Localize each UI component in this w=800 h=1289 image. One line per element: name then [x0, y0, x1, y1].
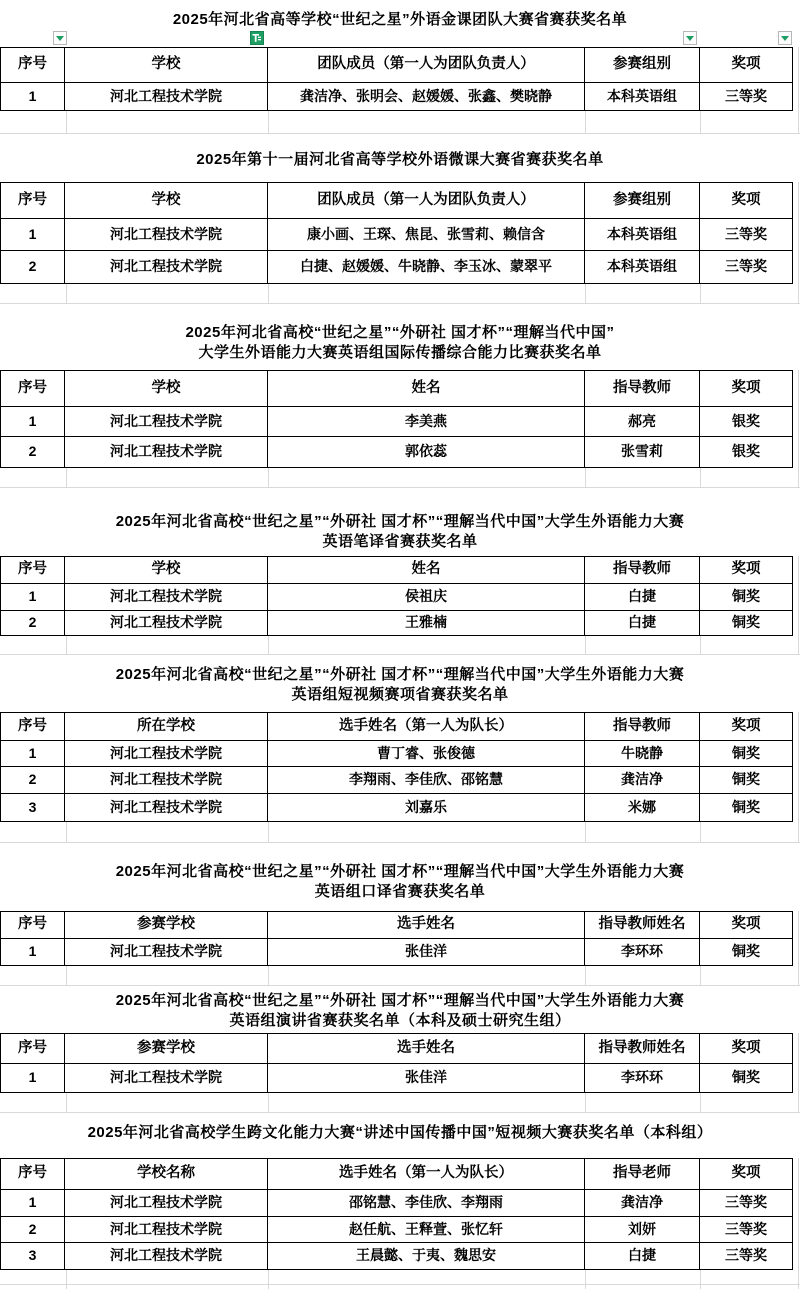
column-header[interactable]: 序号	[1, 912, 65, 939]
column-header[interactable]: 序号	[1, 1159, 65, 1190]
table-cell[interactable]: 铜奖	[700, 1064, 793, 1093]
table-cell[interactable]: 郝亮	[585, 407, 700, 437]
chevron-down-icon	[56, 36, 64, 41]
table-cell[interactable]: 王雅楠	[268, 611, 585, 636]
table-cell[interactable]: 白捷	[585, 584, 700, 611]
table-row: 2河北工程技术学院赵任航、王释萱、张忆轩刘妍三等奖	[1, 1217, 793, 1243]
table-row: 1河北工程技术学院侯祖庆白捷铜奖	[1, 584, 793, 611]
table-title-line: 2025年河北省高校“世纪之星”“外研社 国才杯”“理解当代中国”大学生外语能力…	[0, 991, 800, 1011]
column-header[interactable]: 姓名	[268, 371, 585, 407]
table-cell[interactable]: 牛晓静	[585, 741, 700, 767]
table-cell[interactable]: 3	[1, 1243, 65, 1270]
table-cell[interactable]: 2	[1, 611, 65, 636]
award-table: 序号参赛学校选手姓名指导教师姓名奖项1河北工程技术学院张佳洋李环环铜奖	[0, 1033, 793, 1093]
table-cell[interactable]: 刘嘉乐	[268, 794, 585, 822]
column-header[interactable]: 奖项	[700, 1159, 793, 1190]
table-cell[interactable]: 1	[1, 219, 65, 251]
table-cell[interactable]: 李翔雨、李佳欣、邵铭慧	[268, 767, 585, 794]
table-row: 3河北工程技术学院刘嘉乐米娜铜奖	[1, 794, 793, 822]
table-title-line: 2025年河北省高校“世纪之星”“外研社 国才杯”“理解当代中国”大学生外语能力…	[0, 665, 800, 685]
table-title[interactable]: 2025年河北省高校学生跨文化能力大赛“讲述中国传播中国”短视频大赛获奖名单（本…	[0, 1123, 800, 1143]
table-cell[interactable]: 铜奖	[700, 741, 793, 767]
chevron-down-icon	[781, 36, 789, 41]
filter-active-funnel-icon[interactable]	[250, 31, 264, 45]
table-cell[interactable]: 河北工程技术学院	[65, 939, 268, 966]
table-cell[interactable]: 铜奖	[700, 584, 793, 611]
table-title[interactable]: 2025年河北省高校“世纪之星”“外研社 国才杯”“理解当代中国”大学生外语能力…	[0, 665, 800, 705]
table-title[interactable]: 2025年河北省高等学校“世纪之星”外语金课团队大赛省赛获奖名单	[0, 10, 800, 30]
table-title-line: 2025年河北省高校学生跨文化能力大赛“讲述中国传播中国”短视频大赛获奖名单（本…	[0, 1123, 800, 1143]
table-cell[interactable]: 铜奖	[700, 794, 793, 822]
table-cell[interactable]: 1	[1, 1190, 65, 1217]
chevron-down-icon	[686, 36, 694, 41]
table-cell[interactable]: 河北工程技术学院	[65, 767, 268, 794]
table-title-line: 2025年河北省高校“世纪之星”“外研社 国才杯”“理解当代中国”大学生外语能力…	[0, 862, 800, 882]
award-table: 序号学校团队成员（第一人为团队负责人）参赛组别奖项1河北工程技术学院康小画、王琛…	[0, 182, 793, 284]
table-cell[interactable]: 铜奖	[700, 611, 793, 636]
column-header[interactable]: 指导教师	[585, 557, 700, 584]
filter-dropdown-icon[interactable]	[778, 31, 792, 45]
table-row: 1河北工程技术学院龚洁净、张明会、赵媛媛、张鑫、樊晓静本科英语组三等奖	[1, 83, 793, 111]
column-header[interactable]: 奖项	[700, 713, 793, 741]
table-cell[interactable]: 银奖	[700, 407, 793, 437]
table-title-line: 2025年河北省高校“世纪之星”“外研社 国才杯”“理解当代中国”大学生外语能力…	[0, 512, 800, 532]
award-table: 序号学校团队成员（第一人为团队负责人）参赛组别奖项1河北工程技术学院龚洁净、张明…	[0, 47, 793, 111]
column-header[interactable]: 学校名称	[65, 1159, 268, 1190]
table-cell[interactable]: 三等奖	[700, 83, 793, 111]
table-cell[interactable]: 河北工程技术学院	[65, 1064, 268, 1093]
table-cell[interactable]: 2	[1, 767, 65, 794]
table-cell[interactable]: 张雪莉	[585, 437, 700, 468]
column-header[interactable]: 奖项	[700, 183, 793, 219]
column-header[interactable]: 奖项	[700, 48, 793, 83]
award-table: 序号所在学校选手姓名（第一人为队长）指导教师奖项1河北工程技术学院曹丁睿、张俊德…	[0, 712, 793, 822]
table-cell[interactable]: 三等奖	[700, 1243, 793, 1270]
column-header[interactable]: 序号	[1, 713, 65, 741]
table-row: 3河北工程技术学院王晨懿、于夷、魏思安白捷三等奖	[1, 1243, 793, 1270]
award-table: 序号参赛学校选手姓名指导教师姓名奖项1河北工程技术学院张佳洋李环环铜奖	[0, 911, 793, 966]
table-title[interactable]: 2025年河北省高校“世纪之星”“外研社 国才杯”“理解当代中国”大学生外语能力…	[0, 512, 800, 552]
column-header[interactable]: 参赛学校	[65, 1034, 268, 1064]
table-cell[interactable]: 三等奖	[700, 251, 793, 284]
table-cell[interactable]: 张佳洋	[268, 1064, 585, 1093]
table-cell[interactable]: 邵铭慧、李佳欣、李翔雨	[268, 1190, 585, 1217]
table-cell[interactable]: 龚洁净、张明会、赵媛媛、张鑫、樊晓静	[268, 83, 585, 111]
column-header[interactable]: 序号	[1, 183, 65, 219]
table-cell[interactable]: 河北工程技术学院	[65, 437, 268, 468]
table-cell[interactable]: 龚洁净	[585, 1190, 700, 1217]
table-cell[interactable]: 侯祖庆	[268, 584, 585, 611]
table-cell[interactable]: 河北工程技术学院	[65, 1217, 268, 1243]
column-header[interactable]: 姓名	[268, 557, 585, 584]
table-title-line: 英语笔译省赛获奖名单	[0, 532, 800, 552]
table-cell[interactable]: 河北工程技术学院	[65, 219, 268, 251]
award-table: 序号学校姓名指导教师奖项1河北工程技术学院侯祖庆白捷铜奖2河北工程技术学院王雅楠…	[0, 556, 793, 636]
table-cell[interactable]: 康小画、王琛、焦昆、张雪莉、赖信含	[268, 219, 585, 251]
column-header[interactable]: 选手姓名	[268, 1034, 585, 1064]
table-row: 2河北工程技术学院郭依蕊张雪莉银奖	[1, 437, 793, 468]
table-row: 1河北工程技术学院张佳洋李环环铜奖	[1, 939, 793, 966]
column-header[interactable]: 奖项	[700, 371, 793, 407]
table-title-line: 英语组短视频赛项省赛获奖名单	[0, 685, 800, 705]
column-header[interactable]: 奖项	[700, 912, 793, 939]
column-header[interactable]: 参赛组别	[585, 48, 700, 83]
table-cell[interactable]: 三等奖	[700, 219, 793, 251]
table-cell[interactable]: 李环环	[585, 1064, 700, 1093]
table-cell[interactable]: 白捷	[585, 611, 700, 636]
column-header[interactable]: 参赛组别	[585, 183, 700, 219]
column-header[interactable]: 选手姓名	[268, 912, 585, 939]
table-cell[interactable]: 2	[1, 1217, 65, 1243]
table-row: 1河北工程技术学院李美燕郝亮银奖	[1, 407, 793, 437]
column-header[interactable]: 学校	[65, 557, 268, 584]
table-cell[interactable]: 河北工程技术学院	[65, 251, 268, 284]
table-cell[interactable]: 1	[1, 407, 65, 437]
column-header[interactable]: 选手姓名（第一人为队长）	[268, 1159, 585, 1190]
column-header[interactable]: 团队成员（第一人为团队负责人）	[268, 183, 585, 219]
column-header[interactable]: 所在学校	[65, 713, 268, 741]
table-cell[interactable]: 三等奖	[700, 1190, 793, 1217]
column-header[interactable]: 学校	[65, 371, 268, 407]
column-header[interactable]: 序号	[1, 48, 65, 83]
table-title-line: 2025年河北省高等学校“世纪之星”外语金课团队大赛省赛获奖名单	[0, 10, 800, 30]
table-cell[interactable]: 李环环	[585, 939, 700, 966]
column-header[interactable]: 学校	[65, 183, 268, 219]
table-row: 2河北工程技术学院王雅楠白捷铜奖	[1, 611, 793, 636]
table-title-line: 英语组口译省赛获奖名单	[0, 882, 800, 902]
column-header[interactable]: 奖项	[700, 557, 793, 584]
table-cell[interactable]: 1	[1, 584, 65, 611]
table-cell[interactable]: 白捷	[585, 1243, 700, 1270]
column-header[interactable]: 序号	[1, 557, 65, 584]
column-header[interactable]: 选手姓名（第一人为队长）	[268, 713, 585, 741]
table-cell[interactable]: 河北工程技术学院	[65, 741, 268, 767]
column-header[interactable]: 奖项	[700, 1034, 793, 1064]
table-cell[interactable]: 河北工程技术学院	[65, 794, 268, 822]
table-title-line: 大学生外语能力大赛英语组国际传播综合能力比赛获奖名单	[0, 343, 800, 363]
table-cell[interactable]: 李美燕	[268, 407, 585, 437]
sheet-gridline-vertical	[798, 0, 799, 1289]
table-cell[interactable]: 郭依蕊	[268, 437, 585, 468]
column-header[interactable]: 团队成员（第一人为团队负责人）	[268, 48, 585, 83]
table-cell[interactable]: 1	[1, 939, 65, 966]
filter-dropdown-icon[interactable]	[683, 31, 697, 45]
table-cell[interactable]: 白捷、赵媛媛、牛晓静、李玉冰、蒙翠平	[268, 251, 585, 284]
table-cell[interactable]: 赵任航、王释萱、张忆轩	[268, 1217, 585, 1243]
column-header[interactable]: 指导教师	[585, 713, 700, 741]
table-cell[interactable]: 曹丁睿、张俊德	[268, 741, 585, 767]
table-cell[interactable]: 本科英语组	[585, 83, 700, 111]
table-cell[interactable]: 河北工程技术学院	[65, 611, 268, 636]
table-row: 1河北工程技术学院曹丁睿、张俊德牛晓静铜奖	[1, 741, 793, 767]
table-title-line: 2025年河北省高校“世纪之星”“外研社 国才杯”“理解当代中国”	[0, 323, 800, 343]
table-cell[interactable]: 银奖	[700, 437, 793, 468]
table-cell[interactable]: 河北工程技术学院	[65, 83, 268, 111]
table-cell[interactable]: 1	[1, 83, 65, 111]
column-header[interactable]: 序号	[1, 371, 65, 407]
table-cell[interactable]: 2	[1, 437, 65, 468]
sheet-gridline-horizontal	[0, 1284, 800, 1285]
column-header[interactable]: 指导老师	[585, 1159, 700, 1190]
table-cell[interactable]: 米娜	[585, 794, 700, 822]
table-cell[interactable]: 1	[1, 741, 65, 767]
table-title[interactable]: 2025年第十一届河北省高等学校外语微课大赛省赛获奖名单	[0, 150, 800, 170]
column-header[interactable]: 指导教师	[585, 371, 700, 407]
table-cell[interactable]: 河北工程技术学院	[65, 1243, 268, 1270]
table-cell[interactable]: 河北工程技术学院	[65, 407, 268, 437]
table-row: 2河北工程技术学院李翔雨、李佳欣、邵铭慧龚洁净铜奖	[1, 767, 793, 794]
funnel-glyph	[251, 32, 263, 44]
column-header[interactable]: 参赛学校	[65, 912, 268, 939]
table-row: 1河北工程技术学院康小画、王琛、焦昆、张雪莉、赖信含本科英语组三等奖	[1, 219, 793, 251]
column-header[interactable]: 学校	[65, 48, 268, 83]
table-cell[interactable]: 龚洁净	[585, 767, 700, 794]
column-header[interactable]: 序号	[1, 1034, 65, 1064]
table-row: 2河北工程技术学院白捷、赵媛媛、牛晓静、李玉冰、蒙翠平本科英语组三等奖	[1, 251, 793, 284]
table-cell[interactable]: 1	[1, 1064, 65, 1093]
filter-dropdown-icon[interactable]	[53, 31, 67, 45]
table-cell[interactable]: 河北工程技术学院	[65, 584, 268, 611]
table-cell[interactable]: 3	[1, 794, 65, 822]
table-cell[interactable]: 三等奖	[700, 1217, 793, 1243]
table-cell[interactable]: 本科英语组	[585, 251, 700, 284]
table-title-line: 2025年第十一届河北省高等学校外语微课大赛省赛获奖名单	[0, 150, 800, 170]
table-title[interactable]: 2025年河北省高校“世纪之星”“外研社 国才杯”“理解当代中国”大学生外语能力…	[0, 991, 800, 1031]
table-title[interactable]: 2025年河北省高校“世纪之星”“外研社 国才杯”“理解当代中国”大学生外语能力…	[0, 862, 800, 902]
table-cell[interactable]: 王晨懿、于夷、魏思安	[268, 1243, 585, 1270]
spreadsheet-canvas: { "colors": { "accent_green": "#1f9e63",…	[0, 0, 800, 1289]
table-row: 1河北工程技术学院邵铭慧、李佳欣、李翔雨龚洁净三等奖	[1, 1190, 793, 1217]
award-table: 序号学校姓名指导教师奖项1河北工程技术学院李美燕郝亮银奖2河北工程技术学院郭依蕊…	[0, 370, 793, 468]
table-title[interactable]: 2025年河北省高校“世纪之星”“外研社 国才杯”“理解当代中国”大学生外语能力…	[0, 323, 800, 363]
table-cell[interactable]: 2	[1, 251, 65, 284]
table-row: 1河北工程技术学院张佳洋李环环铜奖	[1, 1064, 793, 1093]
table-cell[interactable]: 本科英语组	[585, 219, 700, 251]
table-cell[interactable]: 铜奖	[700, 939, 793, 966]
table-cell[interactable]: 河北工程技术学院	[65, 1190, 268, 1217]
table-title-line: 英语组演讲省赛获奖名单（本科及硕士研究生组）	[0, 1011, 800, 1031]
table-cell[interactable]: 刘妍	[585, 1217, 700, 1243]
column-header[interactable]: 指导教师姓名	[585, 912, 700, 939]
table-cell[interactable]: 铜奖	[700, 767, 793, 794]
column-header[interactable]: 指导教师姓名	[585, 1034, 700, 1064]
table-cell[interactable]: 张佳洋	[268, 939, 585, 966]
award-table: 序号学校名称选手姓名（第一人为队长）指导老师奖项1河北工程技术学院邵铭慧、李佳欣…	[0, 1158, 793, 1270]
